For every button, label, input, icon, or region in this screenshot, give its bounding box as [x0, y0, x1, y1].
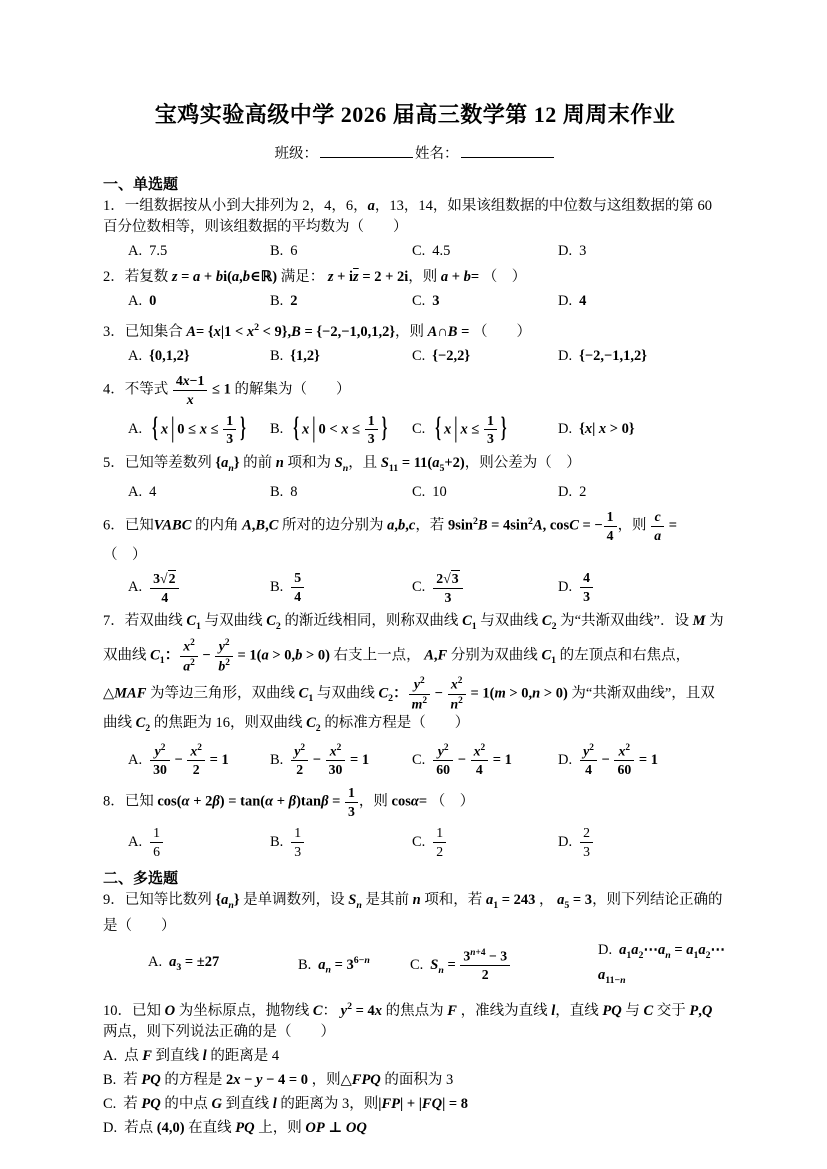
option-label: D.: [558, 348, 572, 364]
option-label: B.: [103, 1072, 116, 1088]
option-B: B.6: [270, 241, 412, 262]
option-A: A.点 F 到直线 l 的距离是 4: [103, 1046, 727, 1067]
question-1-stem: 1．一组数据按从小到大排列为 2，4，6，a，13，14，如果该组数据的中位数与…: [103, 196, 727, 238]
question-9: 9．已知等比数列 {an} 是单调数列，设 Sn 是其前 n 项和，若 a1 =…: [103, 890, 727, 992]
option-label: B.: [270, 348, 283, 364]
option-B: B.an = 36−n: [298, 950, 410, 981]
option-B: B.y22 − x230 = 1: [270, 742, 412, 779]
question-6-stem: 6．已知VABC 的内角 A,B,C 所对的边分别为 a,b,c，若 9sin2…: [103, 508, 727, 566]
option-label: B.: [270, 484, 283, 500]
option-label: A.: [128, 484, 142, 500]
option-label: C.: [103, 1096, 116, 1112]
option-D: D.3: [558, 241, 727, 262]
question-5-stem: 5．已知等差数列 {an} 的前 n 项和为 Sn，且 S11 = 11(a5+…: [103, 453, 727, 479]
option-B: B.若 PQ 的方程是 2x − y − 4 = 0 ，则△FPQ 的面积为 3: [103, 1070, 727, 1091]
option-label: C.: [412, 421, 425, 437]
option-B: B.54: [270, 569, 412, 606]
class-name-line: 班级：姓名：: [103, 142, 727, 163]
option-label: C.: [412, 484, 425, 500]
option-A: A.4: [128, 482, 270, 503]
class-blank-field: [320, 142, 413, 158]
option-C: C.4.5: [412, 241, 558, 262]
option-label: A.: [128, 293, 142, 309]
option-label: A.: [148, 954, 162, 970]
option-label: B.: [270, 752, 283, 768]
option-B: B.2: [270, 291, 412, 312]
option-label: D.: [558, 834, 572, 850]
option-C: C.2√33: [412, 569, 558, 607]
question-3: 3．已知集合 A= {x|1 < x2 < 9},B = {−2,−1,0,1,…: [103, 317, 727, 367]
option-label: D.: [598, 942, 612, 958]
option-label: D.: [103, 1120, 117, 1136]
option-label: D.: [558, 579, 572, 595]
option-label: C.: [410, 957, 423, 973]
option-label: D.: [558, 421, 572, 437]
question-9-options: A.a3 = ±27B.an = 36−nC.Sn = 3n+4 − 32D.a…: [103, 940, 727, 992]
question-7-stem: 7．若双曲线 C1 与双曲线 C2 的渐近线相同，则称双曲线 C1 与双曲线 C…: [103, 611, 727, 739]
option-label: C.: [412, 752, 425, 768]
option-label: D.: [558, 752, 572, 768]
option-A: A.0: [128, 291, 270, 312]
option-A: A.7.5: [128, 241, 270, 262]
option-A: A.y230 − x22 = 1: [128, 742, 270, 779]
question-7-options: A.y230 − x22 = 1B.y22 − x230 = 1C.y260 −…: [103, 742, 727, 779]
option-D: D.{x| x > 0}: [558, 419, 727, 440]
question-4: 4．不等式 4x−1x ≤ 1 的解集为（ ） A.{x|0 ≤ x ≤ 13}…: [103, 372, 727, 448]
option-label: D.: [558, 293, 572, 309]
option-B: B.{1,2}: [270, 346, 412, 367]
question-8-options: A.16B.13C.12D.23: [103, 824, 727, 861]
question-1-options: A.7.5B.6C.4.5D.3: [103, 241, 727, 262]
question-1: 1．一组数据按从小到大排列为 2，4，6，a，13，14，如果该组数据的中位数与…: [103, 196, 727, 262]
option-D: D.2: [558, 482, 727, 503]
option-D: D.23: [558, 824, 727, 861]
option-D: D.{−2,−1,1,2}: [558, 346, 727, 367]
option-B: B.{x|0 < x ≤ 13}: [270, 412, 412, 449]
option-label: B.: [270, 579, 283, 595]
option-C: C.Sn = 3n+4 − 32: [410, 947, 598, 984]
option-label: A.: [128, 752, 142, 768]
option-label: C.: [412, 834, 425, 850]
question-10-stem: 10．已知 O 为坐标原点，抛物线 C： y2 = 4x 的焦点为 F ，准线为…: [103, 996, 727, 1043]
question-5: 5．已知等差数列 {an} 的前 n 项和为 Sn，且 S11 = 11(a5+…: [103, 453, 727, 503]
option-C: C.12: [412, 824, 558, 861]
option-D: D.4: [558, 291, 727, 312]
name-blank-field: [461, 142, 554, 158]
question-4-stem: 4．不等式 4x−1x ≤ 1 的解集为（ ）: [103, 372, 727, 409]
option-C: C.y260 − x24 = 1: [412, 742, 558, 779]
section-multi-choice: 二、多选题: [103, 867, 727, 888]
option-label: C.: [412, 243, 425, 259]
option-C: C.{−2,2}: [412, 346, 558, 367]
option-label: B.: [270, 293, 283, 309]
option-label: A.: [128, 834, 142, 850]
option-C: C.{x|x ≤ 13}: [412, 412, 558, 449]
option-label: A.: [103, 1048, 117, 1064]
option-label: B.: [270, 834, 283, 850]
option-label: B.: [298, 957, 311, 973]
question-10: 10．已知 O 为坐标原点，抛物线 C： y2 = 4x 的焦点为 F ，准线为…: [103, 996, 727, 1139]
option-label: B.: [270, 243, 283, 259]
option-D: D.43: [558, 569, 727, 606]
option-C: C.3: [412, 291, 558, 312]
question-3-stem: 3．已知集合 A= {x|1 < x2 < 9},B = {−2,−1,0,1,…: [103, 317, 727, 343]
option-A: A.16: [128, 824, 270, 861]
question-8: 8．已知 cos(α + 2β) = tan(α + β)tanβ = 13，则…: [103, 784, 727, 860]
question-2: 2．若复数 z = a + bi(a,b∈ℝ) 满足： z + iz = 2 +…: [103, 267, 727, 312]
worksheet-page: 宝鸡实验高级中学 2026 届高三数学第 12 周周末作业 班级：姓名： 一、单…: [0, 0, 827, 1139]
question-2-stem: 2．若复数 z = a + bi(a,b∈ℝ) 满足： z + iz = 2 +…: [103, 267, 727, 288]
question-8-stem: 8．已知 cos(α + 2β) = tan(α + β)tanβ = 13，则…: [103, 784, 727, 821]
question-6: 6．已知VABC 的内角 A,B,C 所对的边分别为 a,b,c，若 9sin2…: [103, 508, 727, 606]
option-label: D.: [558, 484, 572, 500]
name-label: 姓名：: [415, 146, 459, 162]
option-C: C.若 PQ 的中点 G 到直线 l 的距离为 3，则|FP| + |FQ| =…: [103, 1094, 727, 1115]
option-B: B.13: [270, 824, 412, 861]
option-label: A.: [128, 579, 142, 595]
page-title: 宝鸡实验高级中学 2026 届高三数学第 12 周周末作业: [103, 98, 727, 129]
option-D: D.y24 − x260 = 1: [558, 742, 727, 779]
option-B: B.8: [270, 482, 412, 503]
class-label: 班级：: [275, 146, 319, 162]
option-A: A.3√24: [128, 569, 270, 607]
question-4-options: A.{x|0 ≤ x ≤ 13}B.{x|0 < x ≤ 13}C.{x|x ≤…: [103, 412, 727, 449]
option-A: A.{x|0 ≤ x ≤ 13}: [128, 412, 270, 449]
question-9-stem: 9．已知等比数列 {an} 是单调数列，设 Sn 是其前 n 项和，若 a1 =…: [103, 890, 727, 937]
option-label: B.: [270, 421, 283, 437]
option-label: D.: [558, 243, 572, 259]
option-label: C.: [412, 293, 425, 309]
question-5-options: A.4B.8C.10D.2: [103, 482, 727, 503]
question-3-options: A.{0,1,2}B.{1,2}C.{−2,2}D.{−2,−1,1,2}: [103, 346, 727, 367]
option-A: A.a3 = ±27: [148, 952, 298, 978]
option-C: C.10: [412, 482, 558, 503]
option-label: C.: [412, 579, 425, 595]
option-D: D.a1a2⋯an = a1a2⋯a11−n: [598, 940, 727, 992]
option-label: A.: [128, 421, 142, 437]
question-6-options: A.3√24B.54C.2√33D.43: [103, 569, 727, 607]
option-label: A.: [128, 348, 142, 364]
question-10-options: A.点 F 到直线 l 的距离是 4B.若 PQ 的方程是 2x − y − 4…: [103, 1046, 727, 1139]
option-A: A.{0,1,2}: [128, 346, 270, 367]
section-single-choice: 一、单选题: [103, 173, 727, 194]
question-2-options: A.0B.2C.3D.4: [103, 291, 727, 312]
option-D: D.若点 (4,0) 在直线 PQ 上，则 OP ⊥ OQ: [103, 1118, 727, 1139]
question-7: 7．若双曲线 C1 与双曲线 C2 的渐近线相同，则称双曲线 C1 与双曲线 C…: [103, 611, 727, 779]
option-label: C.: [412, 348, 425, 364]
option-label: A.: [128, 243, 142, 259]
